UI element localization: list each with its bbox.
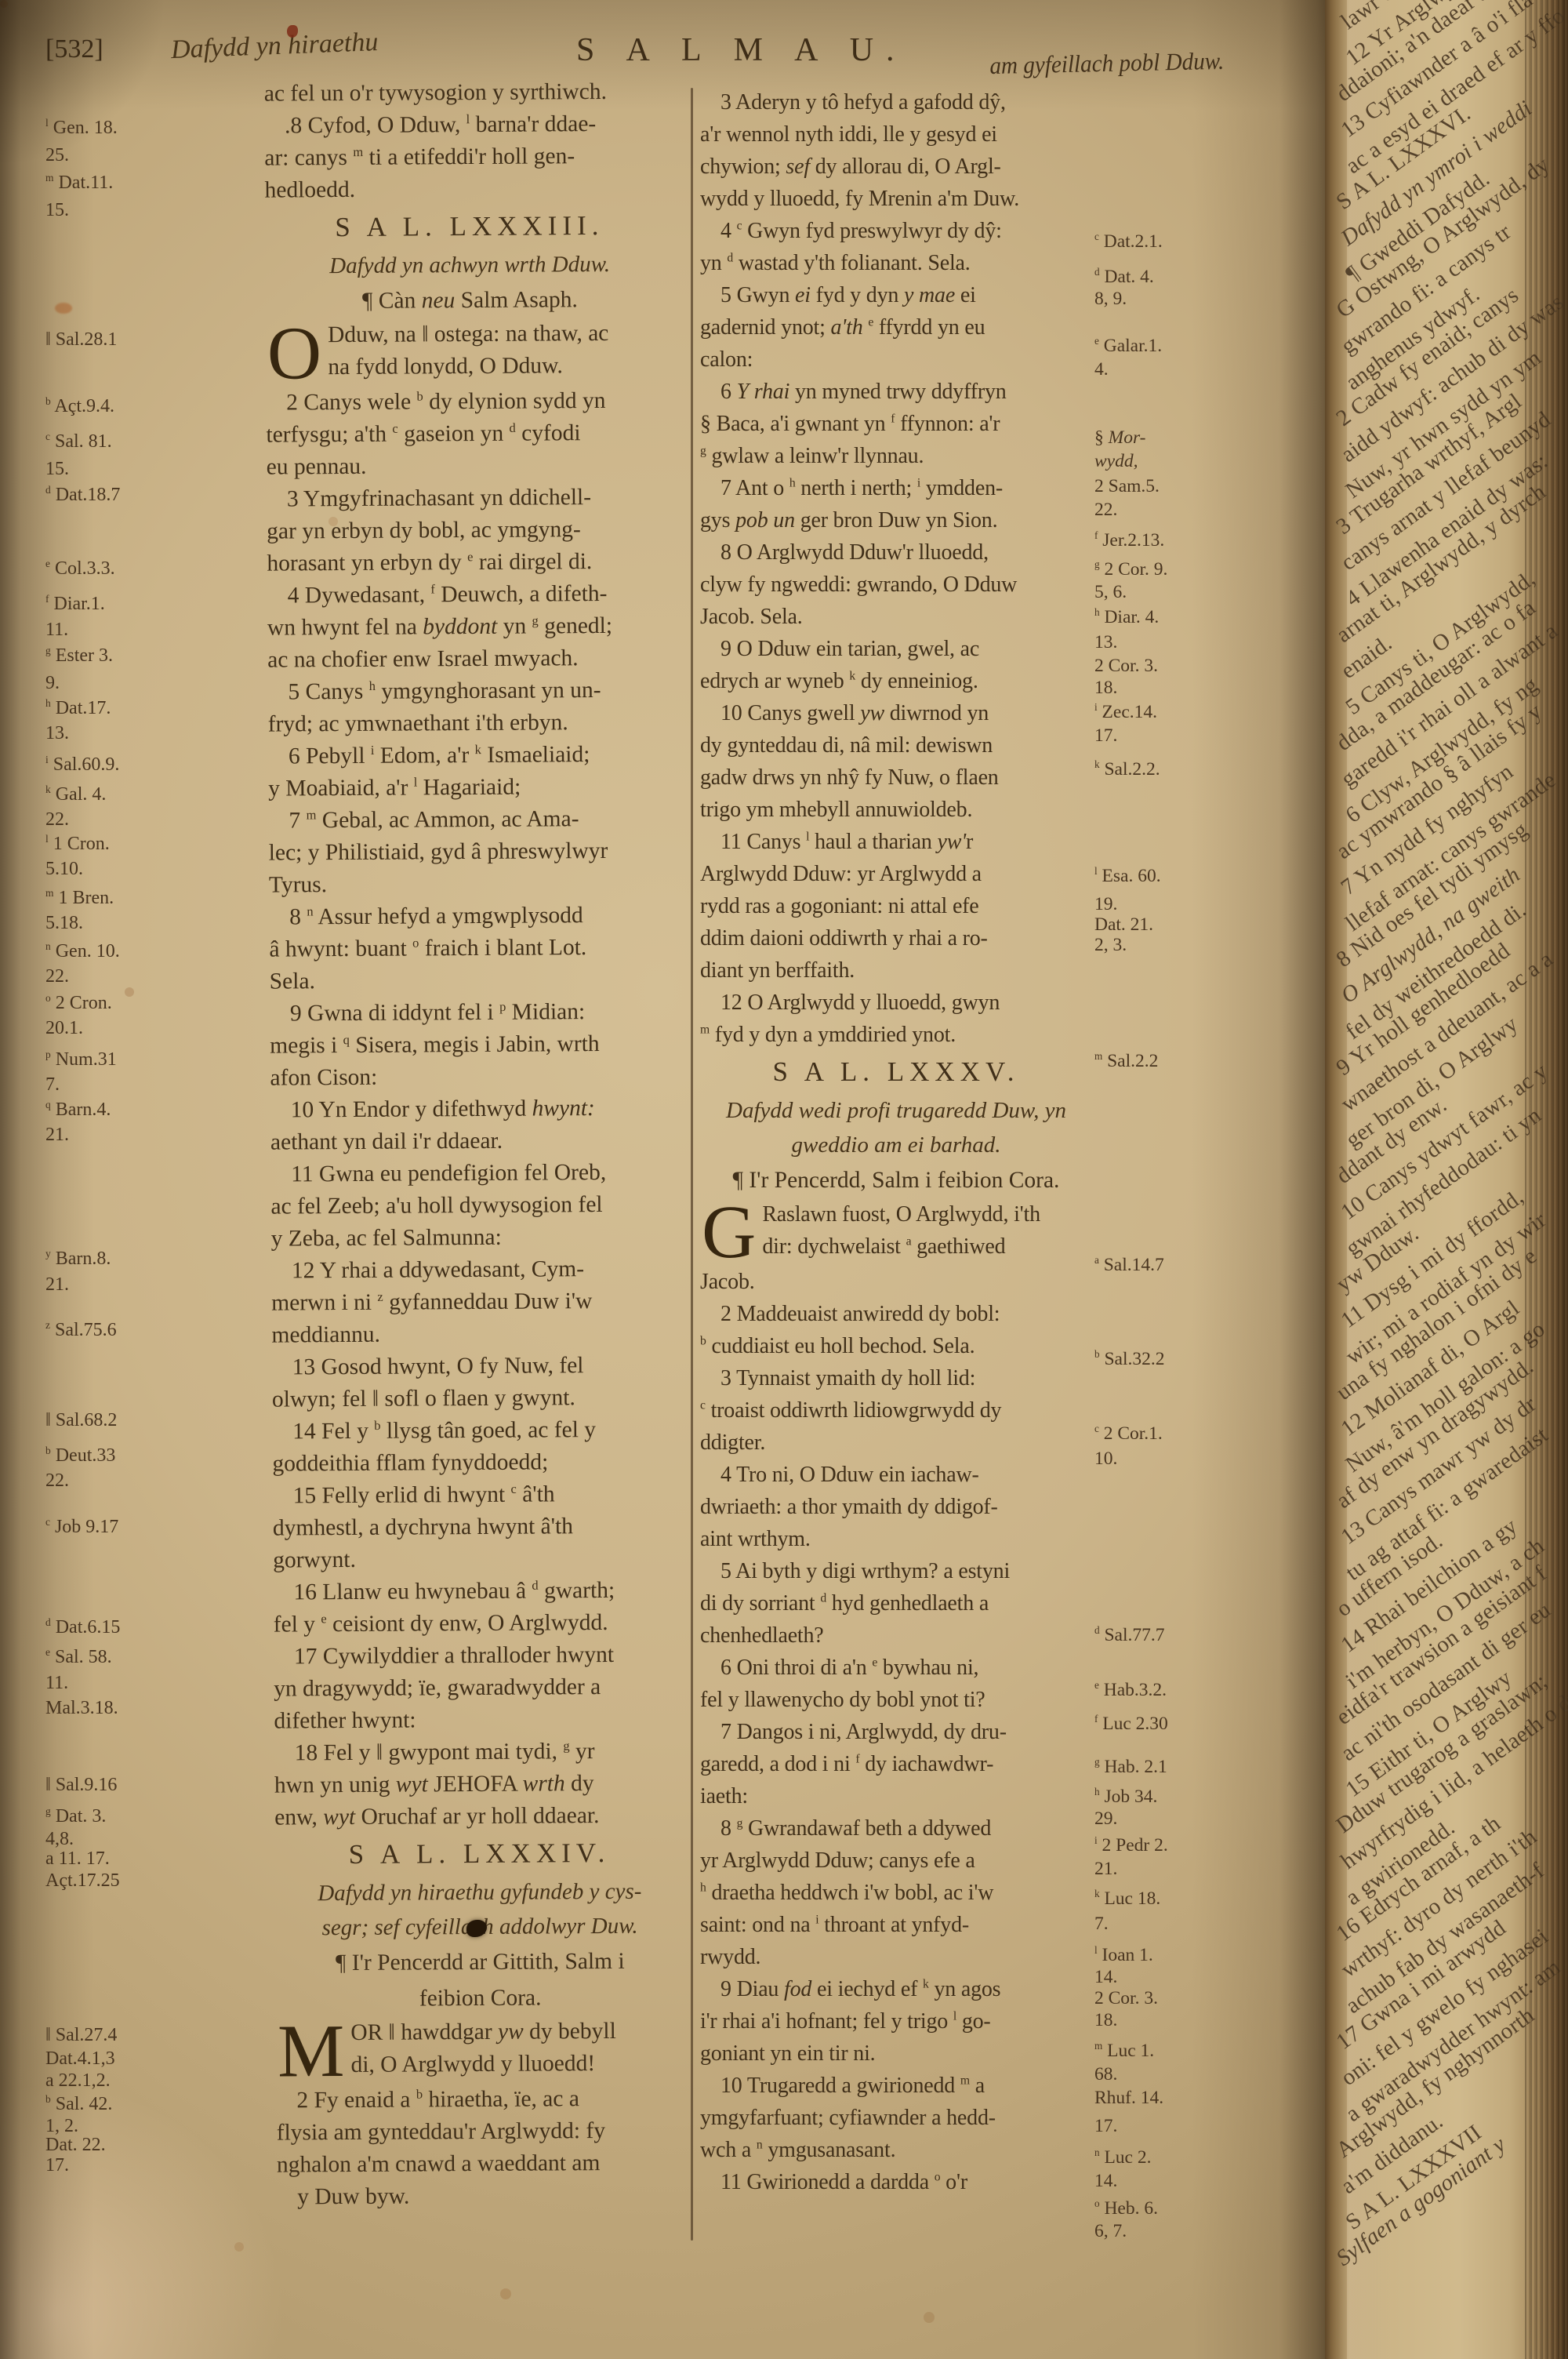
text-line: 7 Ant o h nerth i nerth; i ymdden-	[700, 472, 1092, 504]
margin-reference: h Diar. 4.	[1094, 607, 1159, 627]
text-line: garedd, a dod i ni f dy iachawdwr-	[700, 1748, 1092, 1780]
verse-with-dropcap: ODduw, na ‖ ostega: na thaw, acna fydd l…	[266, 317, 676, 387]
margin-reference: ‖ Sal.9.16	[45, 1775, 117, 1795]
text-line: 4 Tro ni, O Dduw ein iachaw-	[700, 1459, 1092, 1491]
text-line: fryd; ac ymwnaethant i'th erbyn.	[268, 706, 677, 740]
margin-reference: b Sal. 42.	[45, 2094, 112, 2114]
text-line: Tyrus.	[269, 867, 678, 901]
margin-reference: i 2 Pedr 2.	[1094, 1835, 1168, 1856]
margin-reference: 17.	[45, 2155, 69, 2175]
margin-reference: e Sal. 58.	[45, 1647, 112, 1667]
text-line: 9 Diau fod ei iechyd ef k yn agos	[700, 1973, 1092, 2005]
margin-reference: 15.	[45, 459, 69, 479]
margin-reference: 29.	[1094, 1808, 1117, 1829]
margin-reference: 17.	[1094, 2116, 1117, 2136]
next-page-curl: ddaear; a chylawr o'r nefoedd.12 Yr Argl…	[1325, 0, 1568, 2359]
text-line: gadernid ynot; a'th e ffyrdd yn eu	[700, 311, 1092, 343]
text-line: 10 Canys gwell yw diwrnod yn	[700, 697, 1092, 729]
column-divider-rule	[691, 88, 693, 2241]
text-line: 8 g Gwrandawaf beth a ddywed	[700, 1812, 1092, 1845]
psalm-heading: ¶ Càn neu Salm Asaph.	[265, 281, 674, 319]
text-line: a'r wennol nyth iddi, lle y gesyd ei	[700, 118, 1092, 151]
text-line: enw, wyt Oruchaf ar yr holl ddaear.	[274, 1799, 684, 1834]
margin-reference: 68.	[1094, 2064, 1117, 2085]
text-line: merwn i ni z gyfanneddau Duw i'w	[271, 1285, 681, 1319]
margin-reference: k Gal. 4.	[45, 784, 106, 805]
psalm-heading: ¶ I'r Pencerdd, Salm i feibion Cora.	[700, 1162, 1092, 1198]
psalm-heading: Dafydd wedi profi trugaredd Duw, yn	[700, 1093, 1092, 1128]
text-line: gorwynt.	[273, 1542, 682, 1576]
margin-reference: e Col.3.3.	[45, 558, 115, 579]
text-line: .8 Cyfod, O Dduw, l barna'r ddae-	[264, 107, 673, 142]
text-line: Jacob.	[700, 1266, 1092, 1298]
margin-reference: 4.	[1094, 359, 1109, 380]
text-line: saint: ond na i throant at ynfyd-	[700, 1909, 1092, 1941]
text-line: hwn yn unig wyt JEHOFA wrth dy	[274, 1767, 684, 1801]
text-line: 8 O Arglwydd Dduw'r lluoedd,	[700, 536, 1092, 569]
text-line: fel y llawenycho dy bobl ynot ti?	[700, 1684, 1092, 1716]
text-line: yn d wastad y'th folianant. Sela.	[700, 247, 1092, 279]
scanned-bible-page: [532] Dafydd yn hiraethu S A L M A U. am…	[0, 0, 1568, 2359]
text-line: m fyd y dyn a ymddiried ynot.	[700, 1019, 1092, 1051]
margin-reference: h Dat.17.	[45, 698, 111, 718]
margin-reference: p Num.31	[45, 1049, 117, 1070]
text-line: 12 Y rhai a ddywedasant, Cym-	[271, 1252, 681, 1287]
text-line: 9 O Dduw ein tarian, gwel, ac	[700, 633, 1092, 665]
margin-reference: c Dat.2.1.	[1094, 231, 1163, 252]
margin-reference: 11.	[45, 620, 68, 640]
verse-with-dropcap: GRaslawn fuost, O Arglwydd, i'thdir: dyc…	[700, 1198, 1092, 1266]
text-line: 12 O Arglwydd y lluoedd, gwyn	[700, 987, 1092, 1019]
stacked-page-edges	[1525, 0, 1568, 2359]
text-line: y Zeba, ac fel Salmunna:	[271, 1220, 681, 1255]
text-line: ac na chofier enw Israel mwyach.	[267, 642, 677, 676]
text-line: gys pob un ger bron Duw yn Sion.	[700, 504, 1092, 536]
margin-reference: c Job 9.17	[45, 1517, 118, 1537]
text-line: 11 Gwirionedd a dardda o o'r	[700, 2166, 1092, 2198]
margin-reference: i Sal.60.9.	[45, 754, 119, 775]
text-line: ar: canys m ti a etifeddi'r holl gen-	[264, 140, 673, 174]
margin-reference: c Sal. 81.	[45, 431, 112, 452]
margin-reference: g Hab. 2.1	[1094, 1757, 1167, 1777]
text-line: 5 Ai byth y digi wrthym? a estyni	[700, 1555, 1092, 1587]
margin-reference: Mal.3.18.	[45, 1698, 118, 1718]
margin-reference: 5.10.	[45, 859, 83, 879]
margin-reference: Açt.17.25	[45, 1870, 120, 1891]
text-line: ddigter.	[700, 1427, 1092, 1459]
psalm-heading: Dafydd yn hiraethu gyfundeb y cys-	[275, 1874, 684, 1910]
text-line: y Duw byw.	[277, 2179, 686, 2213]
text-line: y Moabiaid, a'r l Hagariaid;	[268, 770, 677, 805]
right-text-column: 3 Aderyn y tô hefyd a gafodd dŷ,a'r wenn…	[700, 86, 1092, 2198]
drop-cap: G	[700, 1198, 762, 1266]
text-line: dir: dychwelaist a gaethiwed	[762, 1230, 1040, 1263]
margin-reference: 22.	[45, 1470, 69, 1491]
text-line: Raslawn fuost, O Arglwydd, i'th	[762, 1198, 1040, 1230]
margin-reference: k Luc 18.	[1094, 1888, 1160, 1909]
text-line: meddiannu.	[271, 1317, 681, 1351]
text-line: wydd y lluoedd, fy Mrenin a'm Duw.	[700, 183, 1092, 215]
text-line: g gwlaw a leinw'r llynnau.	[700, 440, 1092, 472]
text-line: rwydd.	[700, 1941, 1092, 1973]
margin-reference: o Heb. 6.	[1094, 2198, 1158, 2219]
text-line: nghalon a'm cnawd a waeddant am	[277, 2146, 686, 2181]
margin-reference: g Ester 3.	[45, 645, 113, 666]
text-line: â hwynt: buant o fraich i blant Lot.	[269, 931, 678, 965]
margin-reference: i Zec.14.	[1094, 702, 1157, 722]
text-line: goddeithia fflam fynyddoedd;	[272, 1445, 681, 1480]
text-line: 5 Canys h ymgynghorasant yn un-	[267, 674, 677, 708]
margin-reference: m 1 Bren.	[45, 888, 114, 908]
text-line: § Baca, a'i gwnant yn f ffynnon: a'r	[700, 408, 1092, 440]
text-line: terfysgu; a'th c gaseion yn d cyfodi	[266, 416, 675, 451]
text-line: 11 Gwna eu pendefigion fel Oreb,	[270, 1156, 680, 1190]
text-line: 10 Trugaredd a gwirionedd m a	[700, 2070, 1092, 2102]
margin-reference: c 2 Cor.1.	[1094, 1423, 1163, 1444]
margin-reference: 7.	[1094, 1914, 1109, 1934]
psalm-heading: gweddio am ei barhad.	[700, 1128, 1092, 1162]
text-line: ac fel un o'r tywysogion y syrthiwch.	[264, 75, 673, 110]
margin-reference: o 2 Cron.	[45, 993, 112, 1013]
drop-cap: M	[276, 2017, 351, 2085]
text-line: 8 n Assur hefyd a ymgwplysodd	[269, 899, 678, 933]
text-line: 14 Fel y b llysg tân goed, ac fel y	[272, 1413, 681, 1448]
text-line: 13 Gosod hwynt, O fy Nuw, fel	[272, 1349, 681, 1383]
margin-reference: § Mor-	[1094, 427, 1145, 448]
text-line: 15 Felly erlid di hwynt c â'th	[273, 1478, 682, 1512]
text-line: b cuddiaist eu holl bechod. Sela.	[700, 1330, 1092, 1362]
margin-reference: l 1 Cron.	[45, 834, 110, 854]
margin-reference: e Galar.1.	[1094, 336, 1162, 356]
text-line: aethant yn dail i'r ddaear.	[270, 1124, 680, 1158]
margin-reference: 2 Cor. 3.	[1094, 656, 1158, 676]
text-line: 18 Fel y ‖ gwypont mai tydi, g yr	[274, 1735, 684, 1769]
verse-with-dropcap: MOR ‖ hawddgar yw dy bebylldi, O Arglwyd…	[276, 2015, 686, 2085]
left-margin-notes: l Gen. 18.25.m Dat.11.15.‖ Sal.28.1b Açt…	[45, 0, 269, 2359]
text-line: di dy sorriant d hyd genhedlaeth a	[700, 1587, 1092, 1619]
margin-reference: m Luc 1.	[1094, 2041, 1154, 2061]
margin-reference: 21.	[45, 1274, 69, 1295]
margin-reference: 13.	[45, 723, 69, 743]
text-line: 7 m Gebal, ac Ammon, ac Ama-	[268, 802, 677, 837]
margin-reference: wydd,	[1094, 451, 1138, 471]
text-line: 2 Fy enaid a b hiraetha, ïe, ac a	[276, 2082, 685, 2117]
text-line: flysia am gynteddau'r Arglwydd: fy	[277, 2114, 686, 2149]
text-line: dymhestl, a dychryna hwynt â'th	[273, 1510, 682, 1544]
margin-reference: f Diar.1.	[45, 594, 105, 614]
margin-reference: Dat. 22.	[45, 2135, 106, 2155]
text-line: ymgyfarfuant; cyfiawnder a hedd-	[700, 2102, 1092, 2134]
foxing-spots	[0, 0, 8, 8]
margin-reference: 21.	[1094, 1859, 1117, 1879]
text-line: wch a n ymgusanasant.	[700, 2134, 1092, 2166]
margin-reference: 15.	[45, 200, 69, 220]
margin-reference: y Barn.8.	[45, 1249, 111, 1269]
text-line: Arglwydd Dduw: yr Arglwydd a	[700, 858, 1092, 890]
margin-reference: Rhuf. 14.	[1094, 2088, 1163, 2108]
margin-reference: a 11. 17.	[45, 1848, 110, 1869]
text-line: 6 Pebyll i Edom, a'r k Ismaeliaid;	[268, 738, 677, 772]
text-line: fel y e ceisiont dy enw, O Arglwydd.	[274, 1606, 683, 1641]
text-line: dy gynteddau di, nâ mil: dewiswn	[700, 729, 1092, 761]
margin-reference: Dat. 21.	[1094, 914, 1153, 935]
text-line: dwriaeth: a thor ymaith dy ddigof-	[700, 1491, 1092, 1523]
margin-reference: 17.	[1094, 725, 1117, 746]
margin-reference: d Dat.18.7	[45, 485, 120, 505]
psalm-heading: segr; sef cyfeillach addolwyr Duw.	[275, 1908, 684, 1945]
margin-reference: 9.	[45, 673, 60, 693]
margin-reference: 21.	[45, 1125, 69, 1145]
margin-reference: n Gen. 10.	[45, 941, 120, 961]
text-line: 16 Llanw eu hwynebau â d gwarth;	[273, 1574, 682, 1608]
margin-reference: 18.	[1094, 678, 1117, 698]
text-line: wn hwynt fel na byddont yn g genedl;	[267, 609, 677, 644]
text-line: di, O Arglwydd y lluoedd!	[350, 2048, 616, 2081]
margin-reference: 2 Cor. 3.	[1094, 1988, 1158, 2008]
text-line: 3 Aderyn y tô hefyd a gafodd dŷ,	[700, 86, 1092, 118]
margin-reference: l Esa. 60.	[1094, 866, 1161, 886]
text-line: Jacob. Sela.	[700, 601, 1092, 633]
text-line: i'r rhai a'i hofnant; fel y trigo l go-	[700, 2005, 1092, 2037]
psalm-heading: ¶ I'r Pencerdd ar Gittith, Salm i	[275, 1943, 684, 1981]
margin-reference: m Sal.2.2	[1094, 1051, 1158, 1071]
margin-reference: 8, 9.	[1094, 289, 1127, 309]
text-line: 10 Yn Endor y difethwyd hwynt:	[270, 1092, 680, 1126]
text-line: 2 Canys wele b dy elynion sydd yn	[266, 384, 675, 419]
text-line: OR ‖ hawddgar yw dy bebyll	[350, 2016, 616, 2049]
text-line: lec; y Philistiaid, gyd â phreswylwyr	[269, 834, 678, 869]
text-line: 5 Gwyn ei fyd y dyn y mae ei	[700, 279, 1092, 311]
text-line: Sela.	[270, 963, 679, 998]
text-line: ac fel Zeeb; a'u holl dywysogion fel	[270, 1188, 680, 1223]
book-title: S A L M A U.	[576, 31, 907, 69]
margin-reference: z Sal.75.6	[45, 1320, 117, 1340]
margin-reference: f Luc 2.30	[1094, 1714, 1168, 1734]
margin-reference: 13.	[1094, 632, 1117, 652]
margin-reference: 2, 3.	[1094, 935, 1127, 955]
psalm-heading: S A L. LXXXIII.	[265, 204, 674, 249]
text-line: megis i q Sisera, megis i Jabin, wrth	[270, 1027, 679, 1062]
right-margin-notes: c Dat.2.1.d Dat. 4.8, 9.e Galar.1.4.§ Mo…	[1094, 0, 1290, 2359]
margin-reference: a 22.1,2.	[45, 2070, 111, 2091]
margin-reference: 14.	[1094, 1967, 1117, 1987]
text-line: 3 Ymgyfrinachasant yn ddichell-	[267, 481, 676, 515]
margin-reference: 6, 7.	[1094, 2221, 1127, 2241]
margin-reference: l Gen. 18.	[45, 118, 118, 138]
text-line: ddim daioni oddiwrth y rhai a ro-	[700, 922, 1092, 954]
text-line: chywion; sef dy allorau di, O Argl-	[700, 151, 1092, 183]
margin-reference: 2 Sam.5.	[1094, 476, 1160, 496]
margin-reference: b Açt.9.4.	[45, 396, 114, 416]
margin-reference: Dat.4.1,3	[45, 2048, 115, 2069]
text-line: 7 Dangos i ni, Arglwydd, dy dru-	[700, 1716, 1092, 1748]
text-line: gadw drws yn nhŷ fy Nuw, o flaen	[700, 761, 1092, 794]
margin-reference: 5.18.	[45, 913, 83, 933]
margin-reference: 11.	[45, 1673, 68, 1693]
text-line: 4 c Gwyn fyd preswylwyr dy dŷ:	[700, 215, 1092, 247]
text-line: eu pennau.	[267, 449, 676, 483]
text-line: na fydd lonydd, O Dduw.	[328, 350, 609, 383]
margin-reference: 22.	[1094, 500, 1117, 520]
text-line: gar yn erbyn dy bobl, ac ymgyng-	[267, 513, 676, 547]
margin-reference: 5, 6.	[1094, 582, 1127, 602]
margin-reference: g 2 Cor. 9.	[1094, 559, 1167, 580]
margin-reference: 22.	[45, 966, 69, 987]
margin-reference: 25.	[45, 145, 69, 165]
text-line: calon:	[700, 343, 1092, 376]
margin-reference: a Sal.14.7	[1094, 1255, 1164, 1275]
text-line: goniant yn ein tir ni.	[700, 2037, 1092, 2070]
drop-cap: O	[266, 319, 328, 387]
text-line: 6 Y rhai yn myned trwy ddyffryn	[700, 376, 1092, 408]
margin-reference: 20.1.	[45, 1018, 83, 1038]
text-line: yr Arglwydd Dduw; canys efe a	[700, 1845, 1092, 1877]
text-line: Dduw, na ‖ ostega: na thaw, ac	[328, 318, 609, 351]
text-line: horasant yn erbyn dy e rai dirgel di.	[267, 545, 676, 580]
margin-reference: 4,8.	[45, 1829, 74, 1849]
margin-reference: b Deut.33	[45, 1445, 115, 1466]
psalm-heading: Dafydd yn achwyn wrth Dduw.	[265, 246, 674, 283]
text-line: 9 Gwna di iddynt fel i p Midian:	[270, 995, 679, 1030]
psalm-heading: S A L. LXXXIV.	[274, 1831, 684, 1876]
margin-reference: g Dat. 3.	[45, 1806, 106, 1826]
margin-reference: ‖ Sal.68.2	[45, 1410, 117, 1430]
text-line: 2 Maddeuaist anwiredd dy bobl:	[700, 1298, 1092, 1330]
margin-reference: 10.	[1094, 1448, 1117, 1469]
margin-reference: 14.	[1094, 2171, 1117, 2191]
text-line: 4 Dywedasant, f Deuwch, a difeth-	[267, 577, 677, 612]
margin-reference: f Jer.2.13.	[1094, 530, 1164, 551]
text-line: 17 Cywilyddier a thralloder hwynt	[274, 1638, 683, 1673]
margin-reference: d Dat.6.15	[45, 1617, 120, 1637]
margin-reference: n Luc 2.	[1094, 2147, 1152, 2168]
margin-reference: 22.	[45, 809, 69, 830]
text-line: trigo ym mhebyll annuwioldeb.	[700, 794, 1092, 826]
text-line: 3 Tynnaist ymaith dy holl lid:	[700, 1362, 1092, 1394]
margin-reference: h Job 34.	[1094, 1787, 1157, 1807]
text-line: aint wrthym.	[700, 1523, 1092, 1555]
margin-reference: 19.	[1094, 894, 1117, 914]
margin-reference: q Barn.4.	[45, 1100, 111, 1120]
text-line: hedloedd.	[264, 172, 673, 206]
text-line: afon Cison:	[270, 1060, 679, 1094]
margin-reference: k Sal.2.2.	[1094, 759, 1160, 780]
text-line: 6 Oni throi di a'n e bywhau ni,	[700, 1652, 1092, 1684]
margin-reference: e Hab.3.2.	[1094, 1680, 1167, 1700]
margin-reference: ‖ Sal.28.1	[45, 329, 117, 350]
text-line: rydd ras a gogoniant: ni attal efe	[700, 890, 1092, 922]
text-line: chenhedlaeth?	[700, 1619, 1092, 1652]
margin-reference: b Sal.32.2	[1094, 1349, 1164, 1369]
margin-reference: 7.	[45, 1074, 60, 1095]
text-line: olwyn; fel ‖ sofl o flaen y gwynt.	[272, 1381, 681, 1416]
margin-reference: d Dat. 4.	[1094, 267, 1154, 287]
text-line: c troaist oddiwrth lidiowgrwydd dy	[700, 1394, 1092, 1427]
margin-reference: l Ioan 1.	[1094, 1945, 1153, 1965]
margin-reference: ‖ Sal.27.4	[45, 2025, 117, 2045]
psalm-heading: S A L. LXXXV.	[700, 1051, 1092, 1093]
text-line: clyw fy ngweddi: gwrando, O Dduw	[700, 569, 1092, 601]
text-line: edrych ar wyneb k dy enneiniog.	[700, 665, 1092, 697]
text-line: h draetha heddwch i'w bobl, ac i'w	[700, 1877, 1092, 1909]
text-line: difether hwynt:	[274, 1703, 683, 1737]
text-line: 11 Canys l haul a tharian yw'r	[700, 826, 1092, 858]
left-text-column: ac fel un o'r tywysogion y syrthiwch..8 …	[264, 75, 687, 2213]
text-line: yn dragywydd; ïe, gwaradwydder a	[274, 1670, 683, 1705]
margin-reference: m Dat.11.	[45, 173, 113, 193]
margin-reference: d Sal.77.7	[1094, 1625, 1164, 1645]
text-line: diant yn berffaith.	[700, 954, 1092, 987]
margin-reference: 18.	[1094, 2010, 1117, 2030]
text-line: iaeth:	[700, 1780, 1092, 1812]
margin-reference: 1, 2.	[45, 2116, 78, 2136]
